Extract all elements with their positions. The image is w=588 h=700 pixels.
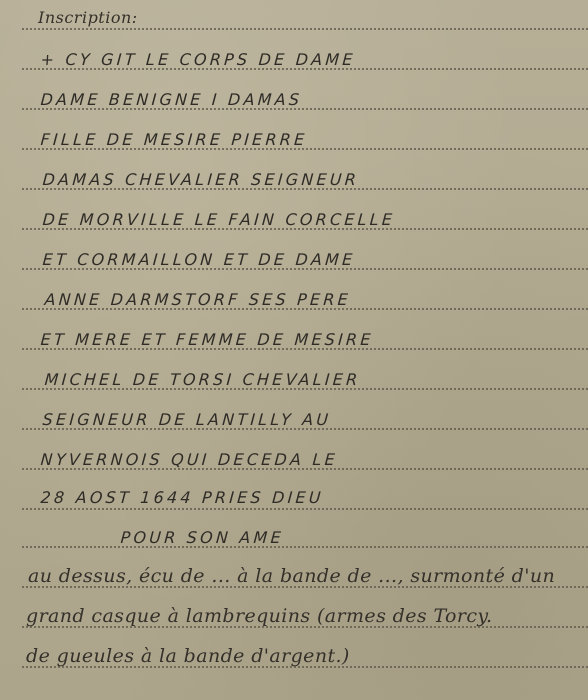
inscription-heading: Inscription: [38, 8, 138, 27]
inscription-line: DE MORVILLE LE FAIN CORCELLE [42, 210, 396, 229]
inscription-line: 28 AOST 1644 PRIES DIEU [40, 488, 324, 507]
inscription-line: + CY GIT LE CORPS DE DAME [40, 50, 356, 69]
inscription-line: POUR SON AME [120, 528, 285, 547]
inscription-line: SEIGNEUR DE LANTILLY AU [42, 410, 332, 429]
ruled-line [22, 28, 588, 30]
inscription-line: NYVERNOIS QUI DECEDA LE [40, 450, 339, 469]
inscription-line: MICHEL DE TORSI CHEVALIER [44, 370, 361, 389]
inscription-line: ANNE DARMSTORF SES PERE [44, 290, 352, 309]
annotation-line: grand casque à lambrequins (armes des To… [26, 605, 492, 627]
ruled-line [22, 508, 588, 510]
inscription-line: FILLE DE MESIRE PIERRE [40, 130, 308, 149]
inscription-line: DAMAS CHEVALIER SEIGNEUR [42, 170, 360, 189]
annotation-line: au dessus, écu de ... à la bande de ...,… [28, 565, 555, 587]
annotation-line: de gueules à la bande d'argent.) [26, 645, 350, 667]
inscription-line: ET CORMAILLON ET DE DAME [42, 250, 356, 269]
inscription-line: ET MERE ET FEMME DE MESIRE [40, 330, 374, 349]
inscription-line: DAME BENIGNE I DAMAS [40, 90, 303, 109]
ruled-line [22, 546, 588, 548]
